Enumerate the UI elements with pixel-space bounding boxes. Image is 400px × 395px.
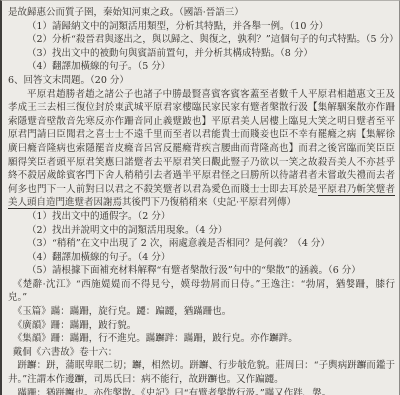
prev-question-4: （4）翻譯加橫線的句子。（5 分）	[8, 60, 395, 74]
section6-question-1: （1）找出文中的通假字。（2 分）	[8, 210, 395, 224]
prev-question-3: （3）找出文中的被動句與賓語前置句，并分析其構成特點。（8 分）	[8, 47, 395, 61]
section6-question-2: （2）找出并說明文中的詞類活用現象。（4 分）	[8, 224, 395, 238]
material-liushugu-entry-panshan: 蹣跚：猶跰𨇤也。亦作槃散。《史記》曰“有躄者槃散行汲。”蹣又作跘、媻。	[8, 387, 395, 395]
supplementary-materials: 《楚辭·沈江》“西施媞媞而不得見兮，嫫母勃屑而日侍。”王逸注：“勃屑，猶媻跚，膝…	[8, 278, 395, 395]
passage-text-after: 其後門下乃復稍稍來（史記·平原君列傳）	[122, 197, 296, 208]
material-yupian-line: 《玉篇》蹣：蹣跚，旋行皃。躚：蹁躚，猶蹣跚也。	[8, 305, 395, 319]
material-liushugu-heading: 戴侗《六書故》卷十六：	[8, 346, 395, 360]
material-jiyun-line: 《集韻》跚：蹣跚，行不進皃。蹣𨇤跘：蹣跚，跛行皃。亦作𨇤跘。	[8, 332, 395, 346]
section6-question-4: （4）翻譯加橫線的句子。（4 分）	[8, 251, 395, 265]
prev-question-2: （2）分析“殺晉君與逐出之，與以歸之、與復之，孰利？”這個句子的句式特點。（5 …	[8, 33, 395, 47]
material-chuci-line: 《楚辭·沈江》“西施媞媞而不得見兮，嫫母勃屑而日侍。”王逸注：“勃屑，猶媻跚，膝…	[8, 278, 395, 305]
section6-heading: 6、回答文末問題。（20 分）	[8, 74, 395, 88]
material-guangyun-line: 《廣韻》跚：蹣跚，跛行貌。	[8, 319, 395, 333]
prev-question-1: （1）請歸納文中的詞類活用類型，分析其特點，并各舉一例。（10 分）	[8, 20, 395, 34]
passage-pingyuanjun: 平原君趙勝者趙之諸公子也諸子中勝最賢喜賓客賓客蓋至者數千人平原君相趙惠文王及孝成…	[8, 88, 395, 210]
scanned-exam-page: 是故歸惠公而質子圉，秦始知河東之政。（國語·晉語三） （1）請歸納文中的詞類活用…	[0, 0, 400, 395]
passage-text-before: 平原君趙勝者趙之諸公子也諸子中勝最賢喜賓客賓客蓋至者數千人平原君相趙惠文王及孝成…	[8, 89, 395, 195]
section6-question-3: （3）“稍稍”在文中出現了 2 次，兩處意義是否相同？是何義？（4 分）	[8, 237, 395, 251]
section6-question-5: （5）請根據下面補充材料解釋“有躄者槃散行汲”句中的“槃散”的涵義。（6 分）	[8, 264, 395, 278]
previous-passage-closing-line: 是故歸惠公而質子圉，秦始知河東之政。（國語·晉語三）	[8, 6, 395, 20]
material-liushugu-entry-panxian: 跰𨇤：跰，蒲眠卑眠二切；𨇤，相然切。跰𨇤、行步敧危貌。莊周曰：“子輿病跰𨇤而鑑于…	[8, 359, 395, 386]
